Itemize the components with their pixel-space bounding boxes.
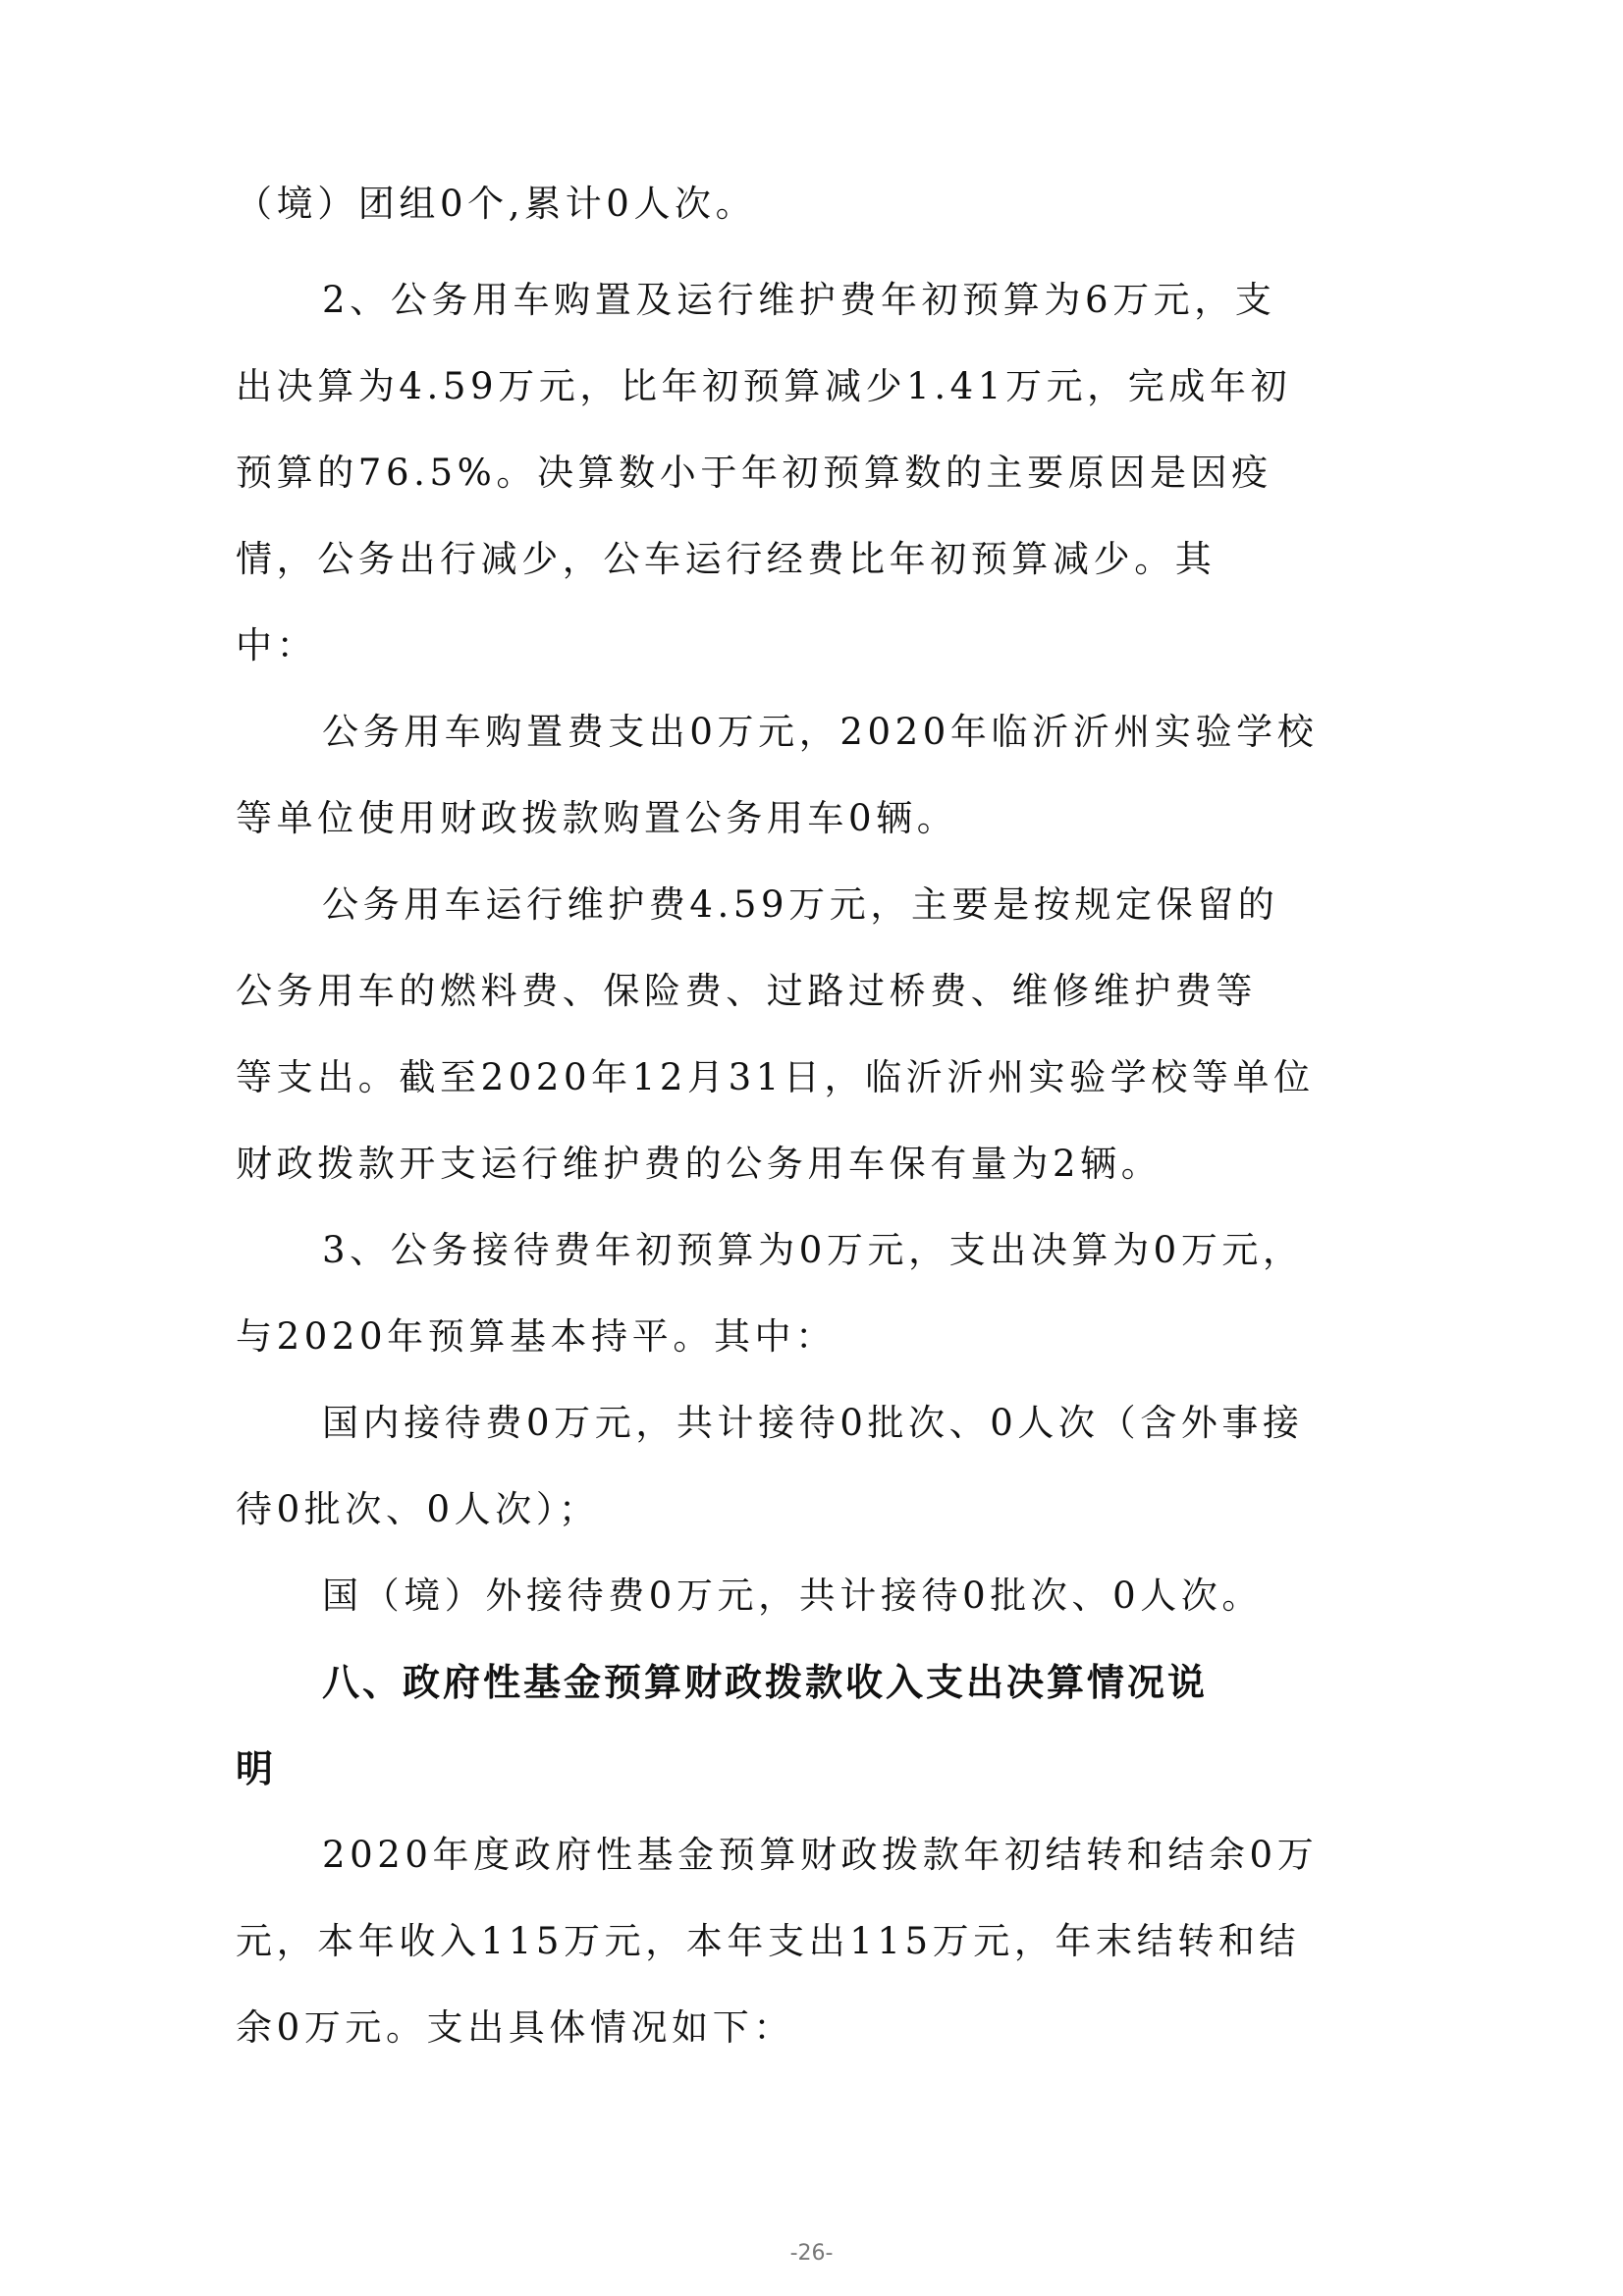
- paragraph-reception-line-2: 与2020年预算基本持平。其中：: [236, 1313, 837, 1361]
- page-number: -26-: [0, 2241, 1623, 2266]
- paragraph-vehicle-budget-line-5: 中：: [236, 622, 317, 669]
- paragraph-reception-line-1: 3、公务接待费年初预算为0万元，支出决算为0万元，: [322, 1227, 1304, 1274]
- paragraph-vehicle-budget-line-4: 情，公务出行减少，公车运行经费比年初预算减少。其: [236, 536, 1216, 583]
- paragraph-fund-budget-line-1: 2020年度政府性基金预算财政拨款年初结转和结余0万: [322, 1832, 1318, 1879]
- paragraph-vehicle-budget-line-3: 预算的76.5%。决算数小于年初预算数的主要原因是因疫: [236, 450, 1272, 497]
- section-heading-8-line-2: 明: [236, 1745, 276, 1792]
- paragraph-vehicle-maintenance-line-4: 财政拨款开支运行维护费的公务用车保有量为2辆。: [236, 1141, 1162, 1188]
- paragraph-domestic-reception-line-2: 待0批次、0人次）；: [236, 1486, 600, 1533]
- paragraph-vehicle-budget-line-1: 2、公务用车购置及运行维护费年初预算为6万元，支: [322, 277, 1275, 324]
- paragraph-vehicle-purchase-line-2: 等单位使用财政拨款购置公务用车0辆。: [236, 795, 957, 842]
- paragraph-vehicle-maintenance-line-3: 等支出。截至2020年12月31日，临沂沂州实验学校等单位: [236, 1054, 1315, 1101]
- paragraph-domestic-reception-line-1: 国内接待费0万元，共计接待0批次、0人次（含外事接: [322, 1400, 1304, 1447]
- paragraph-vehicle-maintenance-line-1: 公务用车运行维护费4.59万元，主要是按规定保留的: [322, 881, 1278, 929]
- section-heading-8-line-1: 八、政府性基金预算财政拨款收入支出决算情况说: [322, 1659, 1208, 1706]
- paragraph-fund-budget-line-3: 余0万元。支出具体情况如下：: [236, 2004, 794, 2052]
- paragraph-foreign-reception: 国（境）外接待费0万元，共计接待0批次、0人次。: [322, 1573, 1263, 1620]
- paragraph-vehicle-budget-line-2: 出决算为4.59万元，比年初预算减少1.41万元，完成年初: [236, 363, 1291, 410]
- paragraph-vehicle-purchase-line-1: 公务用车购置费支出0万元，2020年临沂沂州实验学校: [322, 709, 1318, 756]
- paragraph-fund-budget-line-2: 元，本年收入115万元，本年支出115万元，年末结转和结: [236, 1918, 1300, 1965]
- text-line-continuation-abroad-groups: （境）团组0个,累计0人次。: [236, 181, 756, 228]
- paragraph-vehicle-maintenance-line-2: 公务用车的燃料费、保险费、过路过桥费、维修维护费等: [236, 968, 1257, 1015]
